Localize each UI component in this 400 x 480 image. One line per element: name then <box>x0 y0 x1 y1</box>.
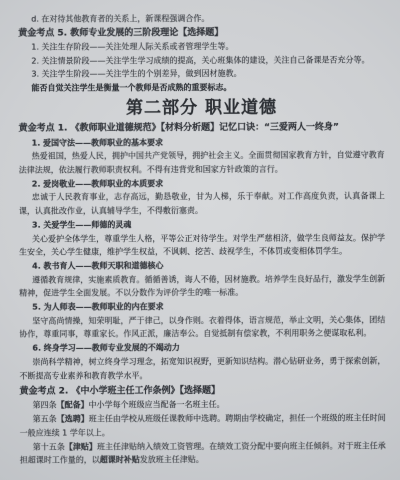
ethics-entry-body: 热爱祖国，热爱人民，拥护中国共产党领导，拥护社会主义。全面贯彻国家教育方针，自觉… <box>19 149 385 178</box>
ethics-entry-body: 关心爱护全体学生，尊重学生人格，平等公正对待学生。对学生严慈相济，做学生良师益友… <box>19 231 385 260</box>
point5-item: 3. 关注学生阶段——关注学生的个别差异，做到因材施教。 <box>18 67 384 82</box>
article-line: 第五条【选聘】班主任由学校从班级任课教师中选聘。聘期由学校确定，担任一个班级的班… <box>20 412 386 441</box>
document-photo: d. 在对待其他教育者的关系上，新课程强调合作。 黄金考点 5. 教师专业发展的… <box>0 0 400 480</box>
ethics-entry-heading: 4. 教书育人——教师天职和道德核心 <box>19 258 385 273</box>
ethics-entry-heading: 2. 爱岗敬业——教师职业的本质要求 <box>19 176 385 191</box>
point5-item: 1. 关注生存阶段——关注处理人际关系或者管理学生等。 <box>18 39 384 54</box>
ethics-entry-heading: 6. 终身学习——教师专业发展的不竭动力 <box>19 341 385 356</box>
article-tag: 【选聘】 <box>57 415 89 424</box>
document-page: d. 在对待其他教育者的关系上，新课程强调合作。 黄金考点 5. 教师专业发展的… <box>0 0 400 480</box>
ethics-entry-body: 遵循教育规律，实施素质教育。循循善诱，诲人不倦，因材施教。培养学生良好品行，激发… <box>19 272 385 301</box>
ethics-entry: 3. 关爱学生——师德的灵魂 关心爱护全体学生，尊重学生人格，平等公正对待学生。… <box>19 217 385 259</box>
ethics-entry-heading: 5. 为人师表——教师职业的内在要求 <box>19 299 385 314</box>
point2-title: 黄金考点 2. 《中小学班主任工作条例》【选择题】 <box>20 384 386 399</box>
ethics-entry-body: 坚守高尚情操，知荣明耻，严于律己，以身作则。衣着得体，语言规范，举止文明，关心集… <box>19 313 385 342</box>
article-line: 第十五条【津贴】班主任津贴纳入绩效工资管理。在绩效工资分配中要向班主任倾斜。对于… <box>20 439 386 468</box>
article-tag: 【配备】 <box>57 401 89 410</box>
ethics-entry-heading: 1. 爱国守法——教师职业的基本要求 <box>19 135 385 150</box>
article-text: 中小学每个班级应当配备一名班主任。 <box>89 400 225 409</box>
article-label: 第五条 <box>33 415 57 424</box>
ethics-entry: 2. 爱岗敬业——教师职业的本质要求 忠诚于人民教育事业，志存高远，勤恳敬业，甘… <box>19 176 385 218</box>
point5-item: 2. 关注情景阶段——关注学生学习成绩的提高，关心班集体的建设，关注自己备课是否… <box>18 53 384 68</box>
ethics-entry: 4. 教书育人——教师天职和道德核心 遵循教育规律，实施素质教育。循循善诱，诲人… <box>19 258 385 300</box>
ethics-entry: 5. 为人师表——教师职业的内在要求 坚守高尚情操，知荣明耻，严于律己，以身作则… <box>19 299 385 341</box>
article-tag: 【津贴】 <box>65 442 97 451</box>
point5-title: 黄金考点 5. 教师专业发展的三阶段理论【选择题】 <box>18 25 384 40</box>
article-text: 发放班主任津贴。 <box>140 455 204 464</box>
intro-line-d: d. 在对待其他教育者的关系上，新课程强调合作。 <box>18 11 384 26</box>
article-label: 第十五条 <box>33 442 65 451</box>
ethics-entry-body: 崇尚科学精神，树立终身学习理念，拓宽知识视野，更新知识结构。潜心钻研业务，勇于探… <box>19 354 385 383</box>
article-line: 第四条【配备】中小学每个班级应当配备一名班主任。 <box>20 398 386 413</box>
article-label: 第四条 <box>33 401 57 410</box>
point1-title: 黄金考点 1. 《教师职业道德规范》【材料分析题】记忆口诀：“三爱两人一终身” <box>19 121 385 136</box>
ethics-entry: 6. 终身学习——教师专业发展的不竭动力 崇尚科学精神，树立终身学习理念，拓宽知… <box>19 341 385 383</box>
article-text-emphasis: 超课时补贴 <box>100 456 140 465</box>
part2-heading: 第二部分 职业道德 <box>19 101 385 116</box>
ethics-entry-heading: 3. 关爱学生——师德的灵魂 <box>19 217 385 232</box>
ethics-entry-body: 忠诚于人民教育事业，志存高远，勤恳敬业，甘为人梯，乐于奉献。对工作高度负责，认真… <box>19 190 385 219</box>
point5-conclusion: 能否自觉关注学生是衡量一个教师是否成熟的重要标志。 <box>18 80 384 95</box>
ethics-entry: 1. 爱国守法——教师职业的基本要求 热爱祖国，热爱人民，拥护中国共产党领导，拥… <box>19 135 385 177</box>
